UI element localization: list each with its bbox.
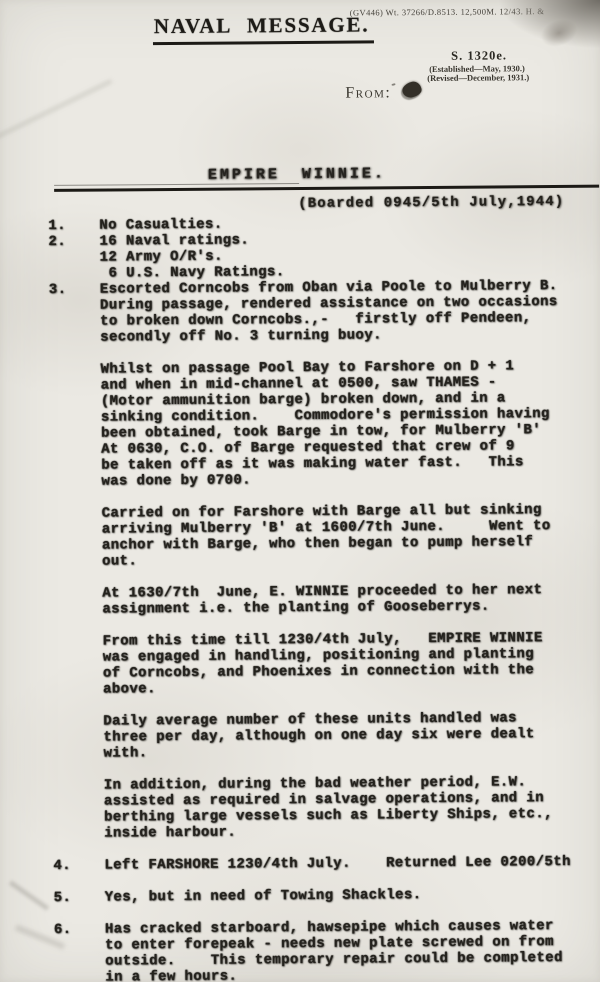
- message-block: At 1630/7th June, E. WINNIE proceeded to…: [2, 582, 600, 619]
- message-body: 1.No Casualties.2.16 Naval ratings.12 Ar…: [0, 214, 600, 982]
- message-line: in a few hours.: [105, 966, 600, 982]
- message-line: Left FARSHORE 1230/4th July. Returned Le…: [104, 854, 600, 874]
- message-block: 4.Left FARSHORE 1230/4th July. Returned …: [4, 854, 600, 875]
- message-line: inside harbour.: [104, 822, 600, 842]
- ship-name-heading: EMPIRE WINNIE.: [208, 165, 386, 183]
- boarded-timestamp: (Boarded 0945/5th July,1944): [298, 194, 564, 212]
- message-block: Daily average number of these units hand…: [3, 710, 600, 763]
- message-block: Whilst on passage Pool Bay to Farshore o…: [0, 358, 600, 491]
- message-block: In addition, during the bad weather peri…: [4, 774, 600, 843]
- item-number: 2.: [48, 234, 66, 250]
- scanned-naval-message-page: (GV446) Wt. 37266/D.8513. 12,500M. 12/43…: [0, 0, 600, 982]
- message-block: From this time till 1230/4th July, EMPIR…: [3, 630, 600, 699]
- from-label: From:: [345, 84, 391, 102]
- page-title: NAVAL MESSAGE.: [153, 12, 374, 45]
- message-block: 3.Escorted Corncobs from Oban via Poole …: [0, 278, 600, 347]
- message-line: secondly off No. 3 turning buoy.: [100, 326, 600, 346]
- message-line: assignment i.e. the planting of Gooseber…: [102, 598, 600, 618]
- message-line: was done by 0700.: [101, 470, 600, 490]
- message-block: 5.Yes, but in need of Towing Shackles.: [5, 886, 600, 907]
- item-number: 1.: [48, 218, 66, 234]
- item-number: 4.: [53, 858, 71, 874]
- item-number: 5.: [54, 890, 72, 906]
- ink-blot: [401, 80, 423, 99]
- horizontal-rule: [54, 185, 599, 192]
- form-revised-note: (Revised—December, 1931.): [427, 72, 529, 83]
- message-block: 2.16 Naval ratings.12 Army O/R's. 6 U.S.…: [0, 230, 600, 283]
- item-number: 3.: [49, 282, 67, 298]
- document-content: (GV446) Wt. 37266/D.8513. 12,500M. 12/43…: [0, 0, 600, 982]
- item-number: 6.: [54, 922, 72, 938]
- message-block: 6.Has cracked starboard, hawsepipe which…: [5, 918, 600, 982]
- message-block: Carried on for Farshore with Barge all b…: [2, 502, 600, 571]
- message-line: Yes, but in need of Towing Shackles.: [105, 886, 600, 906]
